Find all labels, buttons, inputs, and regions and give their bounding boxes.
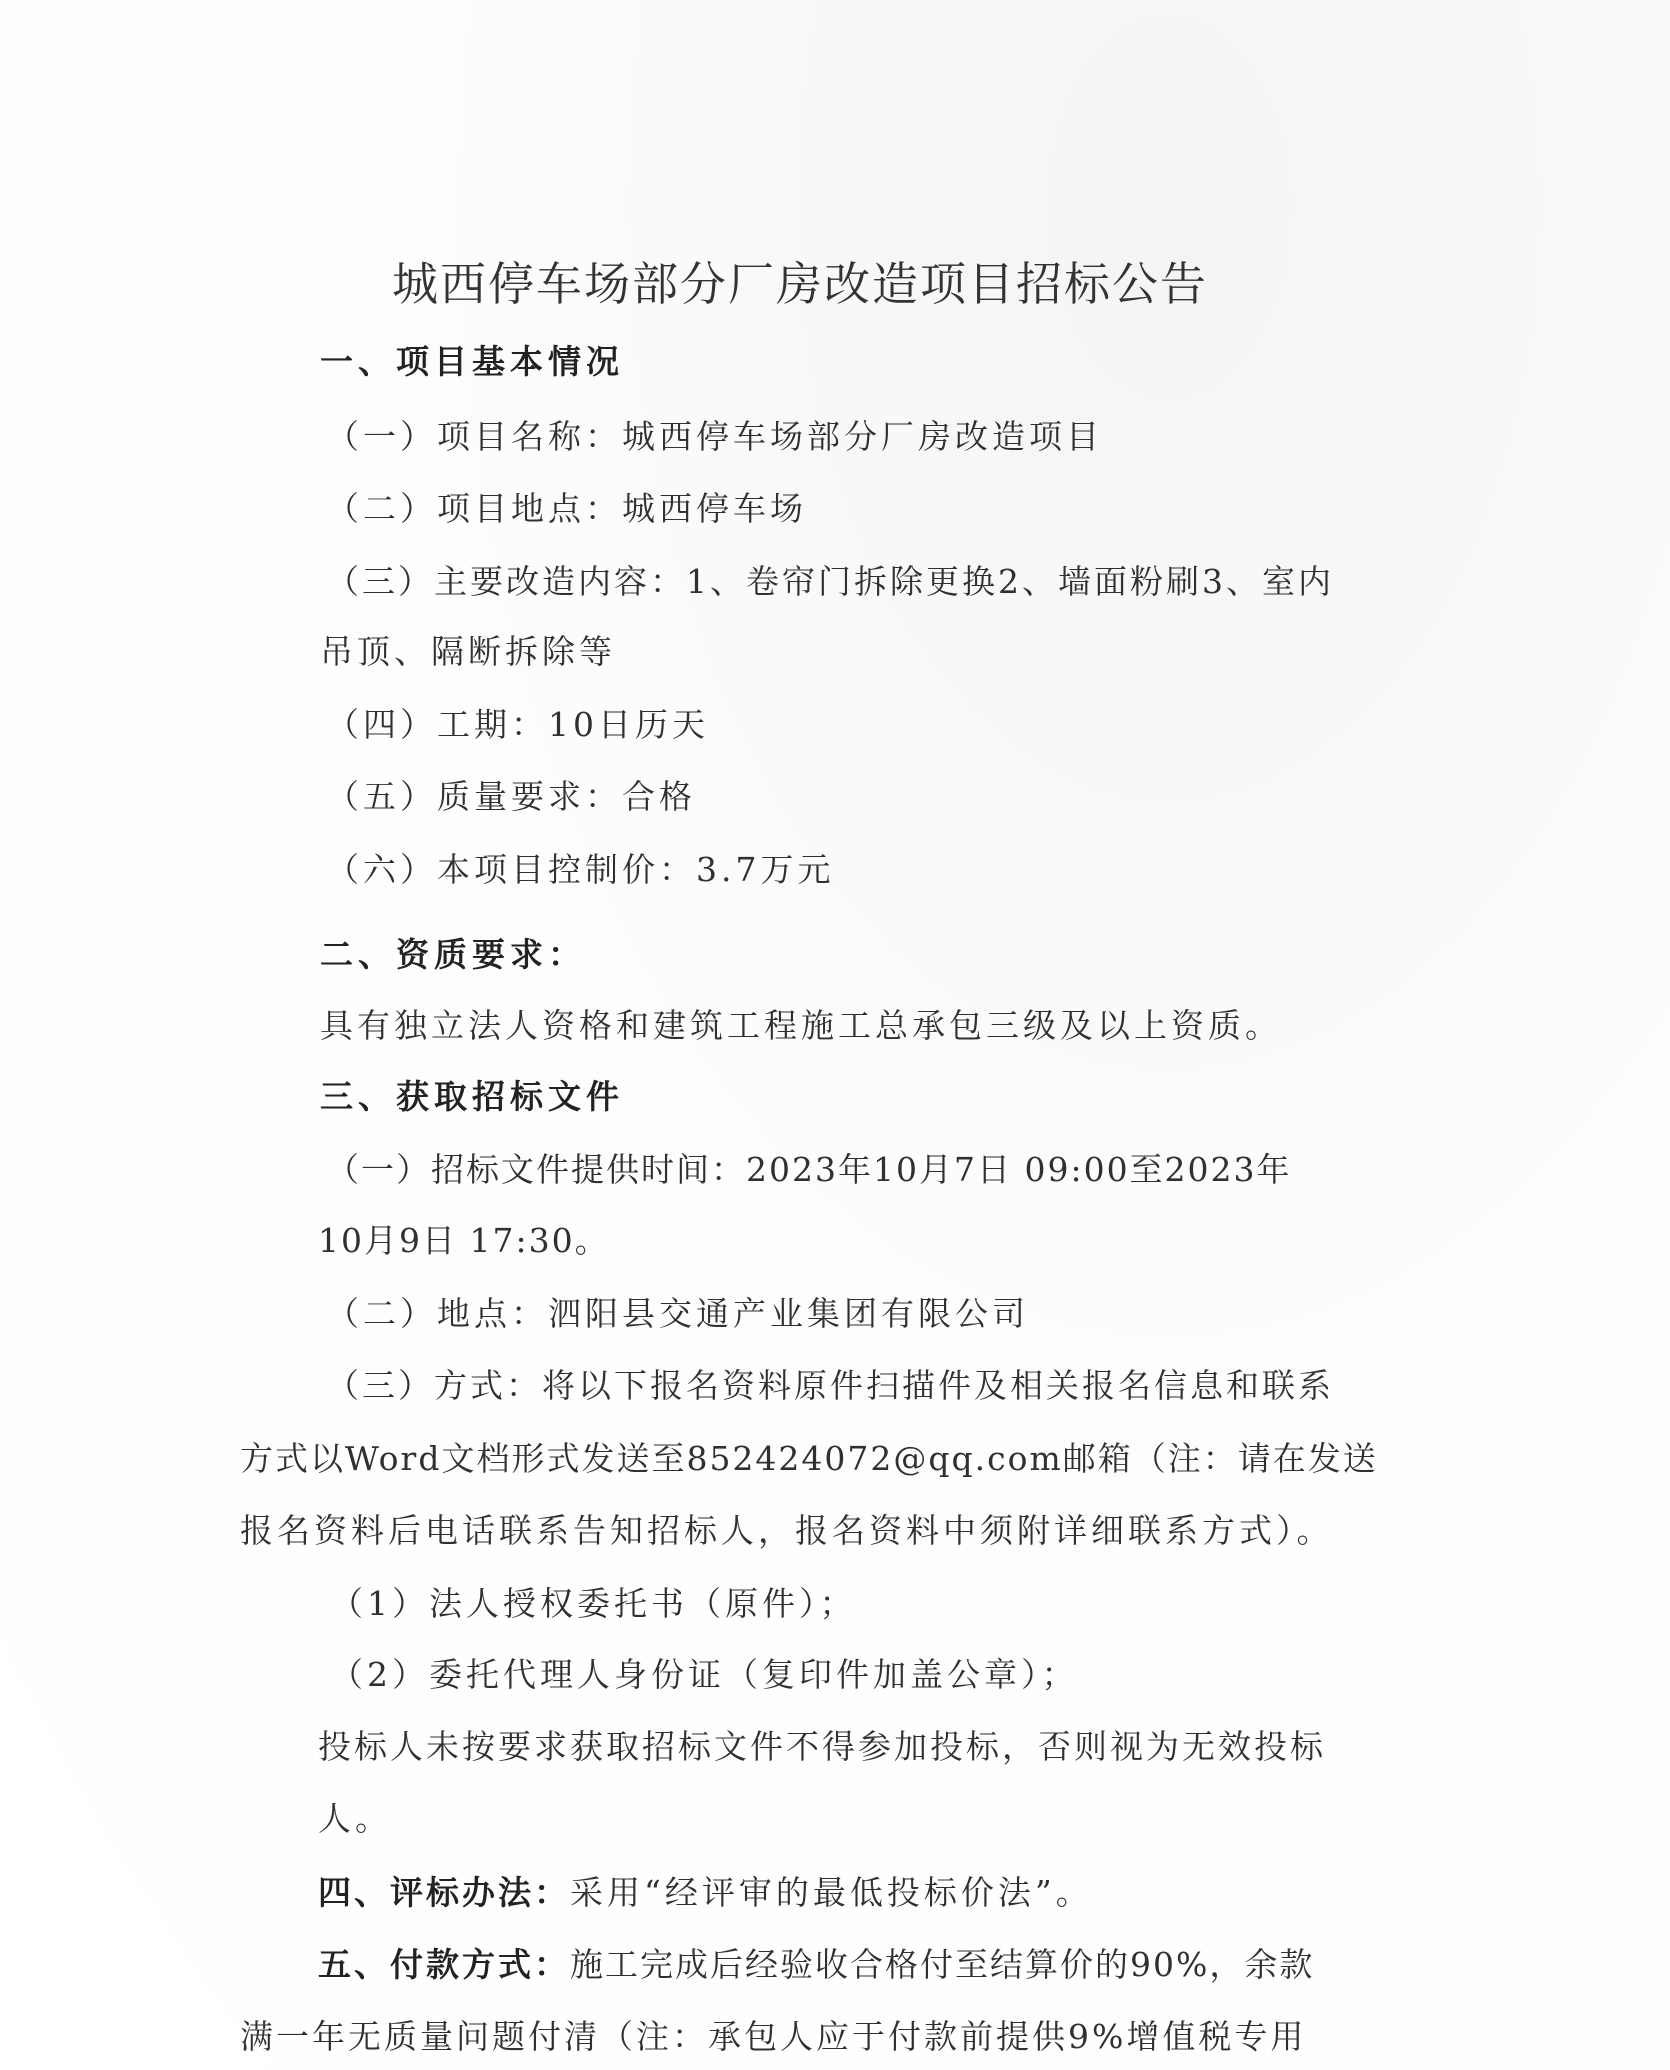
document-time: （一）招标文件提供时间：2023年10月7日 09:00至2023年 bbox=[326, 1148, 1292, 1192]
submission-method: （三）方式：将以下报名资料原件扫描件及相关报名信息和联系 bbox=[326, 1364, 1334, 1408]
payment-method: 五、付款方式：施工完成后经验收合格付至结算价的90%，余款 bbox=[318, 1943, 1314, 1987]
section4-heading: 四、评标办法： bbox=[318, 1873, 570, 1912]
invalid-bid-warning: 投标人未按要求获取招标文件不得参加投标，否则视为无效投标 bbox=[318, 1725, 1326, 1769]
scanned-document-page: 城西停车场部分厂房改造项目招标公告 一、项目基本情况 （一）项目名称：城西停车场… bbox=[0, 0, 1670, 2070]
section1-heading: 一、项目基本情况 bbox=[320, 340, 624, 384]
construction-period: （四）工期：10日历天 bbox=[326, 703, 709, 747]
section4-text: 采用“经评审的最低投标价法”。 bbox=[570, 1873, 1093, 1912]
submission-note: 报名资料后电话联系告知招标人，报名资料中须附详细联系方式）。 bbox=[240, 1509, 1334, 1553]
invalid-bid-warning-cont: 人。 bbox=[318, 1797, 392, 1841]
project-name: （一）项目名称：城西停车场部分厂房改造项目 bbox=[326, 415, 1103, 459]
document-time-cont: 10月9日 17:30。 bbox=[318, 1219, 610, 1263]
document-location: （二）地点：泗阳县交通产业集团有限公司 bbox=[326, 1292, 1029, 1336]
submission-email-line: 方式以Word文档形式发送至852424072@qq.com邮箱（注：请在发送 bbox=[240, 1437, 1378, 1481]
control-price: （六）本项目控制价：3.7万元 bbox=[326, 848, 834, 892]
evaluation-method: 四、评标办法：采用“经评审的最低投标价法”。 bbox=[318, 1871, 1093, 1915]
payment-method-cont: 满一年无质量问题付清（注：承包人应于付款前提供9%增值税专用 bbox=[240, 2015, 1306, 2059]
project-location: （二）项目地点：城西停车场 bbox=[326, 487, 807, 531]
section3-heading: 三、获取招标文件 bbox=[320, 1075, 624, 1119]
section5-heading: 五、付款方式： bbox=[318, 1945, 570, 1984]
section5-text: 施工完成后经验收合格付至结算价的90%，余款 bbox=[570, 1945, 1314, 1984]
renovation-content-cont: 吊顶、隔断拆除等 bbox=[320, 630, 616, 674]
document-title: 城西停车场部分厂房改造项目招标公告 bbox=[392, 248, 1232, 314]
renovation-content: （三）主要改造内容：1、卷帘门拆除更换2、墙面粉刷3、室内 bbox=[326, 560, 1334, 604]
required-doc-2: （2）委托代理人身份证（复印件加盖公章）； bbox=[330, 1653, 1079, 1697]
qualification-text: 具有独立法人资格和建筑工程施工总承包三级及以上资质。 bbox=[320, 1004, 1282, 1048]
quality-requirement: （五）质量要求：合格 bbox=[326, 775, 696, 819]
section2-heading: 二、资质要求： bbox=[320, 933, 586, 977]
required-doc-1: （1）法人授权委托书（原件）； bbox=[330, 1582, 857, 1626]
